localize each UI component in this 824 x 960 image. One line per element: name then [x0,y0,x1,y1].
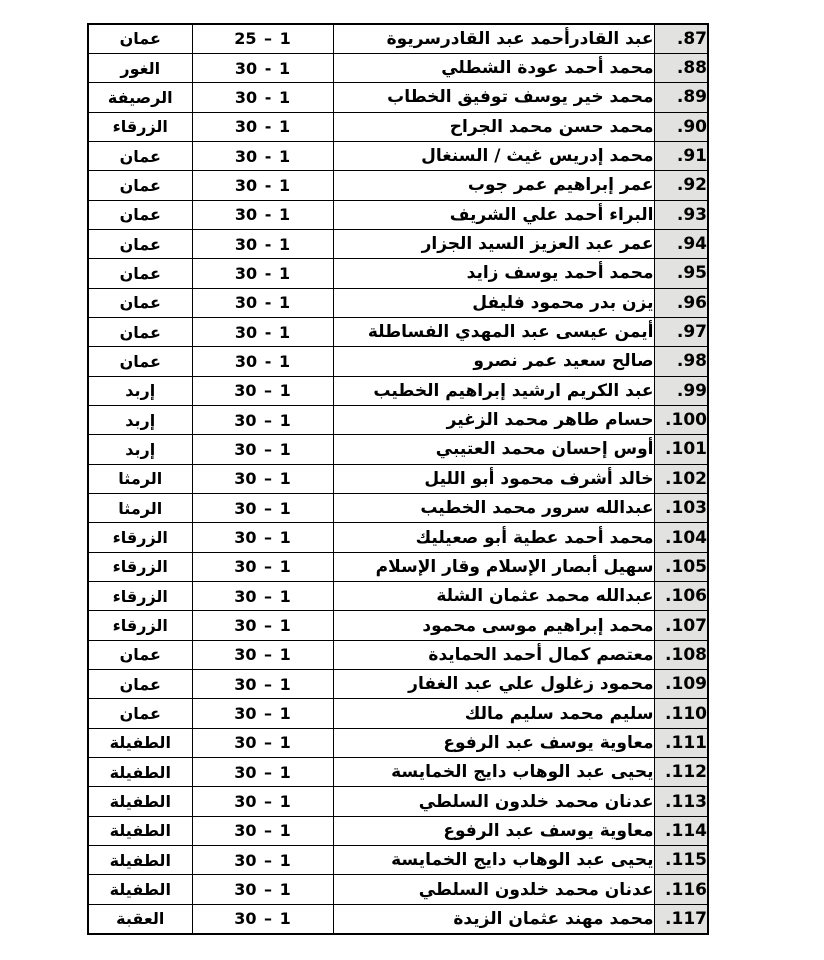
range-cell: 30 – 1 [192,435,333,464]
range-cell: 30 – 1 [192,758,333,787]
city-cell: الرصيفة [88,83,192,112]
range-cell: 30 – 1 [192,376,333,405]
name-cell: معتصم كمال أحمد الحمايدة [333,640,654,669]
range-cell: 30 – 1 [192,405,333,434]
range-cell: 30 – 1 [192,670,333,699]
table-row: .103عبدالله سرور محمد الخطيب30 – 1الرمثا [88,494,708,523]
range-cell: 30 – 1 [192,611,333,640]
table-row: .87عبد القادرأحمد عبد القادرسريوة25 – 1ع… [88,24,708,53]
row-number-cell: .99 [654,376,708,405]
row-number-cell: .115 [654,846,708,875]
name-cell: صالح سعيد عمر نصرو [333,347,654,376]
table-row: .117محمد مهند عثمان الزيدة30 – 1العقبة [88,904,708,933]
name-cell: سليم محمد سليم مالك [333,699,654,728]
row-number-cell: .108 [654,640,708,669]
range-cell: 30 – 1 [192,464,333,493]
table-row: .111معاوية يوسف عبد الرفوع30 – 1الطفيلة [88,728,708,757]
range-cell: 30 – 1 [192,816,333,845]
row-number-cell: .88 [654,53,708,82]
range-cell: 30 – 1 [192,699,333,728]
range-cell: 30 - 1 [192,229,333,258]
city-cell: عمان [88,229,192,258]
city-cell: الطفيلة [88,875,192,904]
name-cell: عبدالله سرور محمد الخطيب [333,494,654,523]
row-number-cell: .107 [654,611,708,640]
table-row: .100حسام طاهر محمد الزغير30 – 1إربد [88,405,708,434]
range-cell: 30 - 1 [192,141,333,170]
name-cell: محمد أحمد عطية أبو صعيليك [333,523,654,552]
city-cell: عمان [88,288,192,317]
city-cell: إربد [88,405,192,434]
table-row: .107محمد إبراهيم موسى محمود30 – 1الزرقاء [88,611,708,640]
name-cell: عمر عبد العزيز السيد الجزار [333,229,654,258]
row-number-cell: .113 [654,787,708,816]
city-cell: عمان [88,259,192,288]
table-row: .110سليم محمد سليم مالك30 – 1عمان [88,699,708,728]
city-cell: إربد [88,376,192,405]
table-row: .92عمر إبراهيم عمر جوب30 - 1عمان [88,171,708,200]
table-row: .89محمد خير يوسف توفيق الخطاب30 - 1الرصي… [88,83,708,112]
table-row: .112يحيى عبد الوهاب دايج الخمايسة30 – 1ا… [88,758,708,787]
row-number-cell: .91 [654,141,708,170]
row-number-cell: .92 [654,171,708,200]
name-cell: محمد إدريس غيث / السنغال [333,141,654,170]
range-cell: 30 – 1 [192,582,333,611]
city-cell: الزرقاء [88,523,192,552]
range-cell: 30 – 1 [192,640,333,669]
row-number-cell: .100 [654,405,708,434]
name-cell: محمد مهند عثمان الزيدة [333,904,654,933]
row-number-cell: .93 [654,200,708,229]
name-cell: عبدالله محمد عثمان الشلة [333,582,654,611]
city-cell: الرمثا [88,494,192,523]
row-number-cell: .101 [654,435,708,464]
city-cell: الطفيلة [88,816,192,845]
city-cell: عمان [88,200,192,229]
row-number-cell: .102 [654,464,708,493]
table-row: .101أوس إحسان محمد العتيبي30 – 1إربد [88,435,708,464]
roster-table-body: .87عبد القادرأحمد عبد القادرسريوة25 – 1ع… [88,24,708,934]
range-cell: 30 – 1 [192,523,333,552]
range-cell: 30 - 1 [192,347,333,376]
city-cell: عمان [88,317,192,346]
row-number-cell: .94 [654,229,708,258]
row-number-cell: .97 [654,317,708,346]
table-row: .93البراء أحمد علي الشريف30 - 1عمان [88,200,708,229]
table-row: .113عدنان محمد خلدون السلطي30 – 1الطفيلة [88,787,708,816]
row-number-cell: .104 [654,523,708,552]
city-cell: عمان [88,699,192,728]
name-cell: يزن بدر محمود فليفل [333,288,654,317]
table-row: .105سهيل أبصار الإسلام وقار الإسلام30 – … [88,552,708,581]
city-cell: الطفيلة [88,758,192,787]
city-cell: الطفيلة [88,787,192,816]
name-cell: أيمن عيسى عبد المهدي الفساطلة [333,317,654,346]
table-row: .108معتصم كمال أحمد الحمايدة30 – 1عمان [88,640,708,669]
row-number-cell: .105 [654,552,708,581]
table-row: .109محمود زغلول علي عبد الغفار30 – 1عمان [88,670,708,699]
row-number-cell: .87 [654,24,708,53]
name-cell: البراء أحمد علي الشريف [333,200,654,229]
range-cell: 30 – 1 [192,728,333,757]
city-cell: العقبة [88,904,192,933]
city-cell: عمان [88,670,192,699]
row-number-cell: .98 [654,347,708,376]
name-cell: معاوية يوسف عبد الرفوع [333,816,654,845]
city-cell: الزرقاء [88,112,192,141]
city-cell: الطفيلة [88,728,192,757]
city-cell: عمان [88,141,192,170]
range-cell: 30 – 1 [192,875,333,904]
name-cell: عبد الكريم ارشيد إبراهيم الخطيب [333,376,654,405]
table-row: .106عبدالله محمد عثمان الشلة30 – 1الزرقا… [88,582,708,611]
range-cell: 30 – 1 [192,494,333,523]
row-number-cell: .112 [654,758,708,787]
range-cell: 30 - 1 [192,200,333,229]
name-cell: محمد إبراهيم موسى محمود [333,611,654,640]
range-cell: 30 – 1 [192,787,333,816]
city-cell: الرمثا [88,464,192,493]
range-cell: 25 – 1 [192,24,333,53]
row-number-cell: .116 [654,875,708,904]
range-cell: 30 - 1 [192,317,333,346]
range-cell: 30 – 1 [192,552,333,581]
table-row: .99عبد الكريم ارشيد إبراهيم الخطيب30 – 1… [88,376,708,405]
name-cell: معاوية يوسف عبد الرفوع [333,728,654,757]
range-cell: 30 - 1 [192,83,333,112]
range-cell: 30 – 1 [192,846,333,875]
table-row: .90محمد حسن محمد الجراح30 - 1الزرقاء [88,112,708,141]
row-number-cell: .95 [654,259,708,288]
city-cell: الطفيلة [88,846,192,875]
table-row: .116عدنان محمد خلدون السلطي30 – 1الطفيلة [88,875,708,904]
table-row: .115يحيى عبد الوهاب دايج الخمايسة30 – 1ا… [88,846,708,875]
name-cell: أوس إحسان محمد العتيبي [333,435,654,464]
city-cell: الغور [88,53,192,82]
row-number-cell: .114 [654,816,708,845]
range-cell: 30 - 1 [192,112,333,141]
table-row: .95محمد أحمد يوسف زايد30 - 1عمان [88,259,708,288]
city-cell: عمان [88,171,192,200]
table-row: .97أيمن عيسى عبد المهدي الفساطلة30 - 1عم… [88,317,708,346]
table-row: .94عمر عبد العزيز السيد الجزار30 - 1عمان [88,229,708,258]
row-number-cell: .109 [654,670,708,699]
table-row: .96يزن بدر محمود فليفل30 - 1عمان [88,288,708,317]
name-cell: محمد أحمد عودة الشطلي [333,53,654,82]
name-cell: يحيى عبد الوهاب دايج الخمايسة [333,846,654,875]
table-row: .104محمد أحمد عطية أبو صعيليك30 – 1الزرق… [88,523,708,552]
city-cell: الزرقاء [88,552,192,581]
table-row: .114معاوية يوسف عبد الرفوع30 – 1الطفيلة [88,816,708,845]
table-row: .91محمد إدريس غيث / السنغال30 - 1عمان [88,141,708,170]
name-cell: عبد القادرأحمد عبد القادرسريوة [333,24,654,53]
row-number-cell: .106 [654,582,708,611]
row-number-cell: .103 [654,494,708,523]
name-cell: حسام طاهر محمد الزغير [333,405,654,434]
row-number-cell: .111 [654,728,708,757]
row-number-cell: .96 [654,288,708,317]
row-number-cell: .117 [654,904,708,933]
city-cell: إربد [88,435,192,464]
name-cell: عدنان محمد خلدون السلطي [333,875,654,904]
range-cell: 30 - 1 [192,288,333,317]
table-row: .98صالح سعيد عمر نصرو30 - 1عمان [88,347,708,376]
range-cell: 30 – 1 [192,904,333,933]
table-row: .102خالد أشرف محمود أبو الليل30 – 1الرمث… [88,464,708,493]
name-cell: محمد خير يوسف توفيق الخطاب [333,83,654,112]
table-row: .88محمد أحمد عودة الشطلي30 - 1الغور [88,53,708,82]
name-cell: محمد حسن محمد الجراح [333,112,654,141]
roster-table: .87عبد القادرأحمد عبد القادرسريوة25 – 1ع… [87,23,709,935]
city-cell: عمان [88,24,192,53]
name-cell: يحيى عبد الوهاب دايج الخمايسة [333,758,654,787]
range-cell: 30 - 1 [192,53,333,82]
name-cell: عدنان محمد خلدون السلطي [333,787,654,816]
name-cell: محمود زغلول علي عبد الغفار [333,670,654,699]
document-page: .87عبد القادرأحمد عبد القادرسريوة25 – 1ع… [0,0,824,960]
name-cell: عمر إبراهيم عمر جوب [333,171,654,200]
city-cell: عمان [88,640,192,669]
row-number-cell: .90 [654,112,708,141]
name-cell: سهيل أبصار الإسلام وقار الإسلام [333,552,654,581]
city-cell: الزرقاء [88,582,192,611]
name-cell: محمد أحمد يوسف زايد [333,259,654,288]
range-cell: 30 - 1 [192,171,333,200]
range-cell: 30 - 1 [192,259,333,288]
row-number-cell: .89 [654,83,708,112]
name-cell: خالد أشرف محمود أبو الليل [333,464,654,493]
city-cell: عمان [88,347,192,376]
row-number-cell: .110 [654,699,708,728]
city-cell: الزرقاء [88,611,192,640]
